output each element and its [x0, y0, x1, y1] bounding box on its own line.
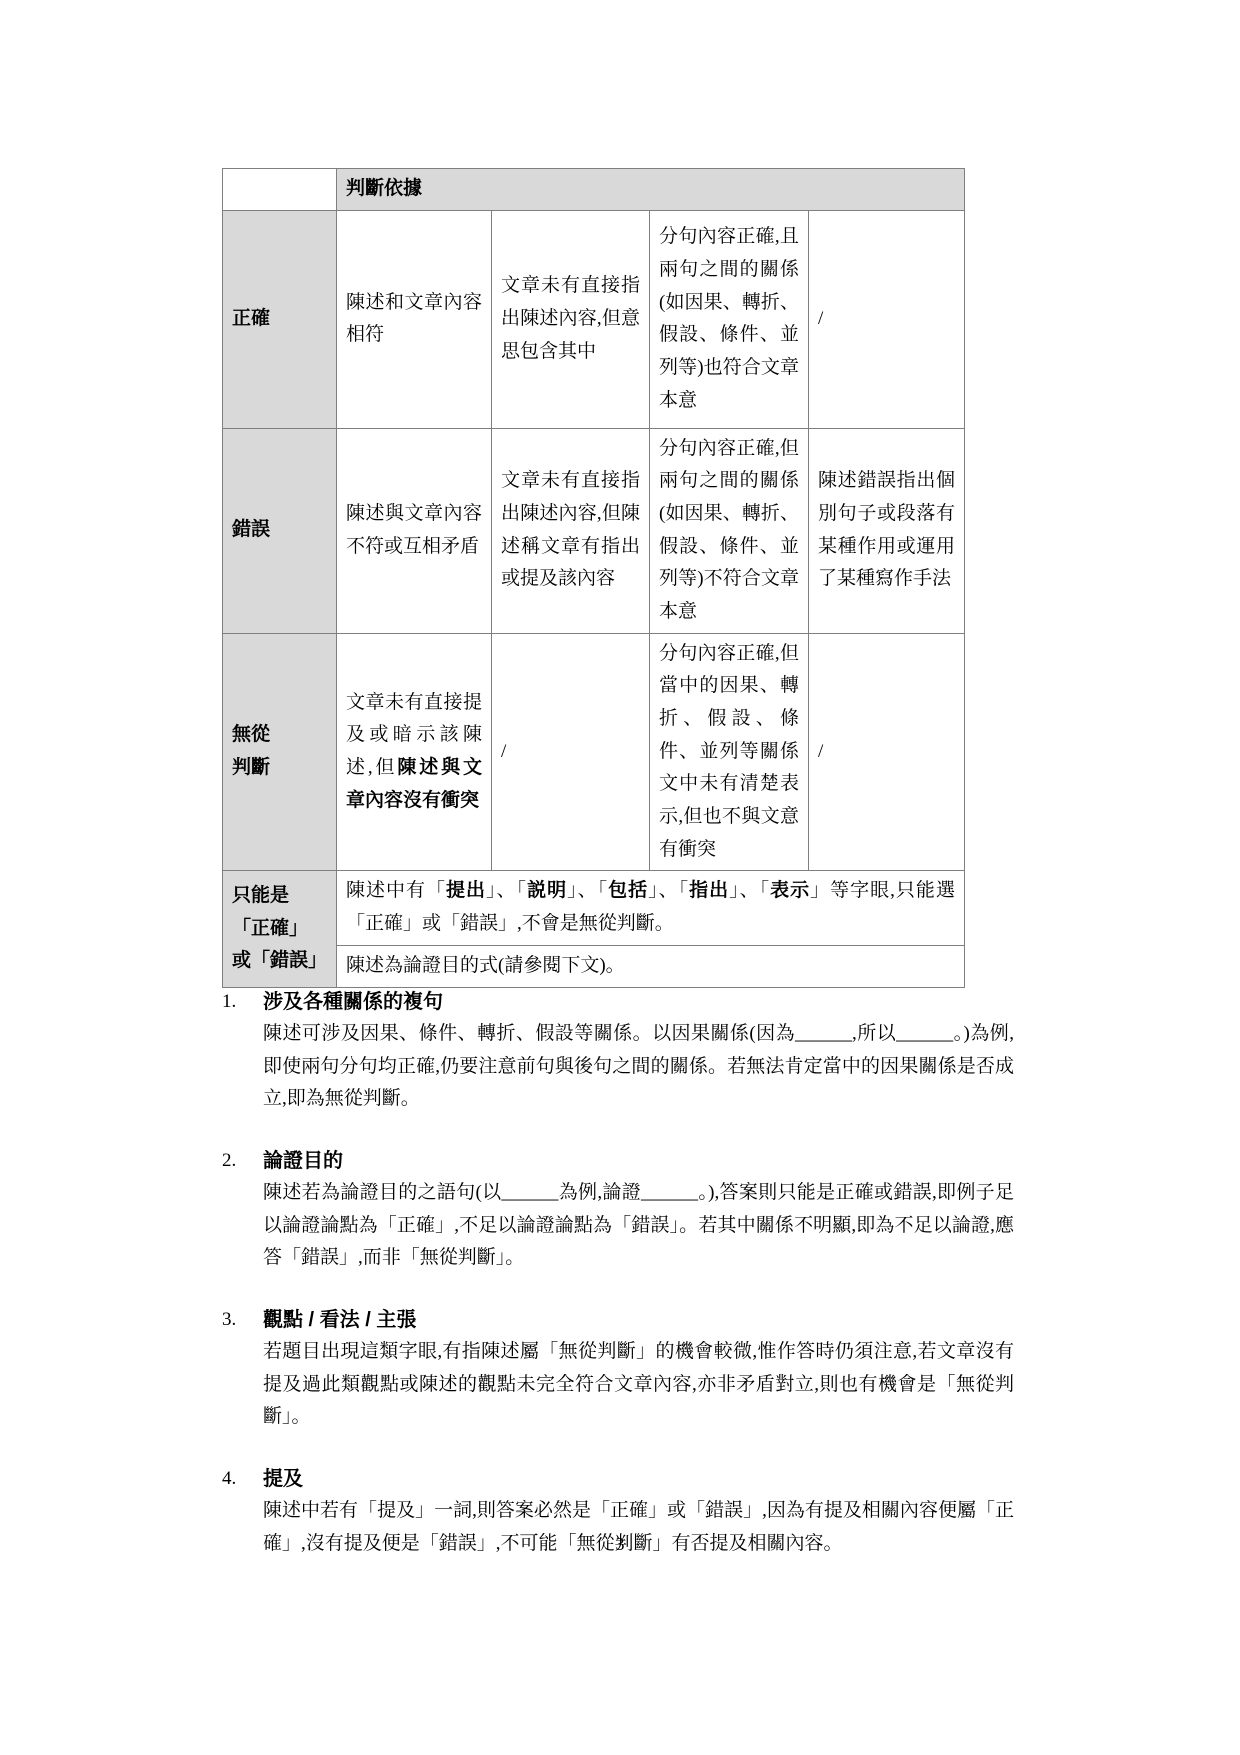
cell-only-rule-2: 陳述為論證目的式(請參閱下文)。	[337, 945, 965, 987]
list-item: 1. 涉及各種關係的複句 陳述可涉及因果、條件、轉折、假設等關係。以因果關係(因…	[222, 986, 1014, 1116]
table-row: 無從 判斷 文章未有直接提及或暗示該陳述,但陳述與文章內容沒有衝突 / 分句內容…	[223, 633, 965, 871]
notes-list: 1. 涉及各種關係的複句 陳述可涉及因果、條件、轉折、假設等關係。以因果關係(因…	[222, 986, 1014, 1589]
label-line: 或「錯誤」	[232, 945, 327, 978]
table-row: 只能是 「正確」 或「錯誤」 陳述中有「提出」、「説明」、「包括」、「指出」、「…	[223, 871, 965, 945]
document-page: 判斷依據 正確 陳述和文章內容相符 文章未有直接指出陳述內容,但意思包含其中 分…	[0, 0, 1240, 1755]
cell-wrong-3: 分句內容正確,但兩句之間的關係(如因果、轉折、假設、條件、並列等)不符合文章本意	[650, 428, 809, 633]
table-corner-blank	[223, 169, 337, 211]
cell-cannot-3: 分句內容正確,但當中的因果、轉折、假設、條件、並列等關係文中未有清楚表示,但也不…	[650, 633, 809, 871]
note-title: 觀點 / 看法 / 主張	[263, 1304, 1014, 1336]
note-number: 1.	[222, 986, 263, 1116]
cell-cannot-1: 文章未有直接提及或暗示該陳述,但陳述與文章內容沒有衝突	[337, 633, 492, 871]
label-line: 「正確」	[232, 913, 327, 946]
note-title: 提及	[263, 1463, 1014, 1495]
note-body: 若題目出現這類字眼,有指陳述屬「無從判斷」的機會較微,惟作答時仍須注意,若文章沒…	[263, 1336, 1014, 1434]
cell-wrong-1: 陳述與文章內容不符或互相矛盾	[337, 428, 492, 633]
note-content: 觀點 / 看法 / 主張 若題目出現這類字眼,有指陳述屬「無從判斷」的機會較微,…	[263, 1304, 1014, 1434]
table-header-cell: 判斷依據	[337, 169, 965, 211]
label-line: 只能是	[232, 880, 327, 913]
cell-wrong-4: 陳述錯誤指出個別句子或段落有某種作用或運用了某種寫作手法	[809, 428, 965, 633]
table-header-row: 判斷依據	[223, 169, 965, 211]
table-row: 錯誤 陳述與文章內容不符或互相矛盾 文章未有直接指出陳述內容,但陳述稱文章有指出…	[223, 428, 965, 633]
cell-cannot-2: /	[492, 633, 650, 871]
row-label-cannot-judge: 無從 判斷	[223, 633, 337, 871]
cell-correct-3: 分句內容正確,且兩句之間的關係(如因果、轉折、假設、條件、並列等)也符合文章本意	[650, 210, 809, 428]
row-label-only-correct-or-wrong: 只能是 「正確」 或「錯誤」	[223, 871, 337, 987]
label-line: 判斷	[232, 752, 327, 785]
cell-only-rule-1: 陳述中有「提出」、「説明」、「包括」、「指出」、「表示」等字眼,只能選「正確」或…	[337, 871, 965, 945]
note-body: 陳述可涉及因果、條件、轉折、假設等關係。以因果關係(因為______,所以___…	[263, 1018, 1014, 1116]
cell-correct-1: 陳述和文章內容相符	[337, 210, 492, 428]
list-item: 3. 觀點 / 看法 / 主張 若題目出現這類字眼,有指陳述屬「無從判斷」的機會…	[222, 1304, 1014, 1434]
note-title: 論證目的	[263, 1145, 1014, 1177]
row-label-correct: 正確	[223, 210, 337, 428]
judgment-criteria-table: 判斷依據 正確 陳述和文章內容相符 文章未有直接指出陳述內容,但意思包含其中 分…	[222, 168, 965, 988]
note-content: 涉及各種關係的複句 陳述可涉及因果、條件、轉折、假設等關係。以因果關係(因為__…	[263, 986, 1014, 1116]
list-item: 2. 論證目的 陳述若為論證目的之語句(以______為例,論證______。)…	[222, 1145, 1014, 1275]
cell-cannot-4: /	[809, 633, 965, 871]
note-title: 涉及各種關係的複句	[263, 986, 1014, 1018]
note-body: 陳述若為論證目的之語句(以______為例,論證______。),答案則只能是正…	[263, 1177, 1014, 1275]
note-number: 2.	[222, 1145, 263, 1275]
cell-wrong-2: 文章未有直接指出陳述內容,但陳述稱文章有指出或提及該內容	[492, 428, 650, 633]
note-content: 論證目的 陳述若為論證目的之語句(以______為例,論證______。),答案…	[263, 1145, 1014, 1275]
note-number: 3.	[222, 1304, 263, 1434]
cell-correct-4: /	[809, 210, 965, 428]
table-row: 正確 陳述和文章內容相符 文章未有直接指出陳述內容,但意思包含其中 分句內容正確…	[223, 210, 965, 428]
page-number: 3	[0, 1534, 1240, 1555]
row-label-wrong: 錯誤	[223, 428, 337, 633]
cell-correct-2: 文章未有直接指出陳述內容,但意思包含其中	[492, 210, 650, 428]
label-line: 無從	[232, 719, 327, 752]
